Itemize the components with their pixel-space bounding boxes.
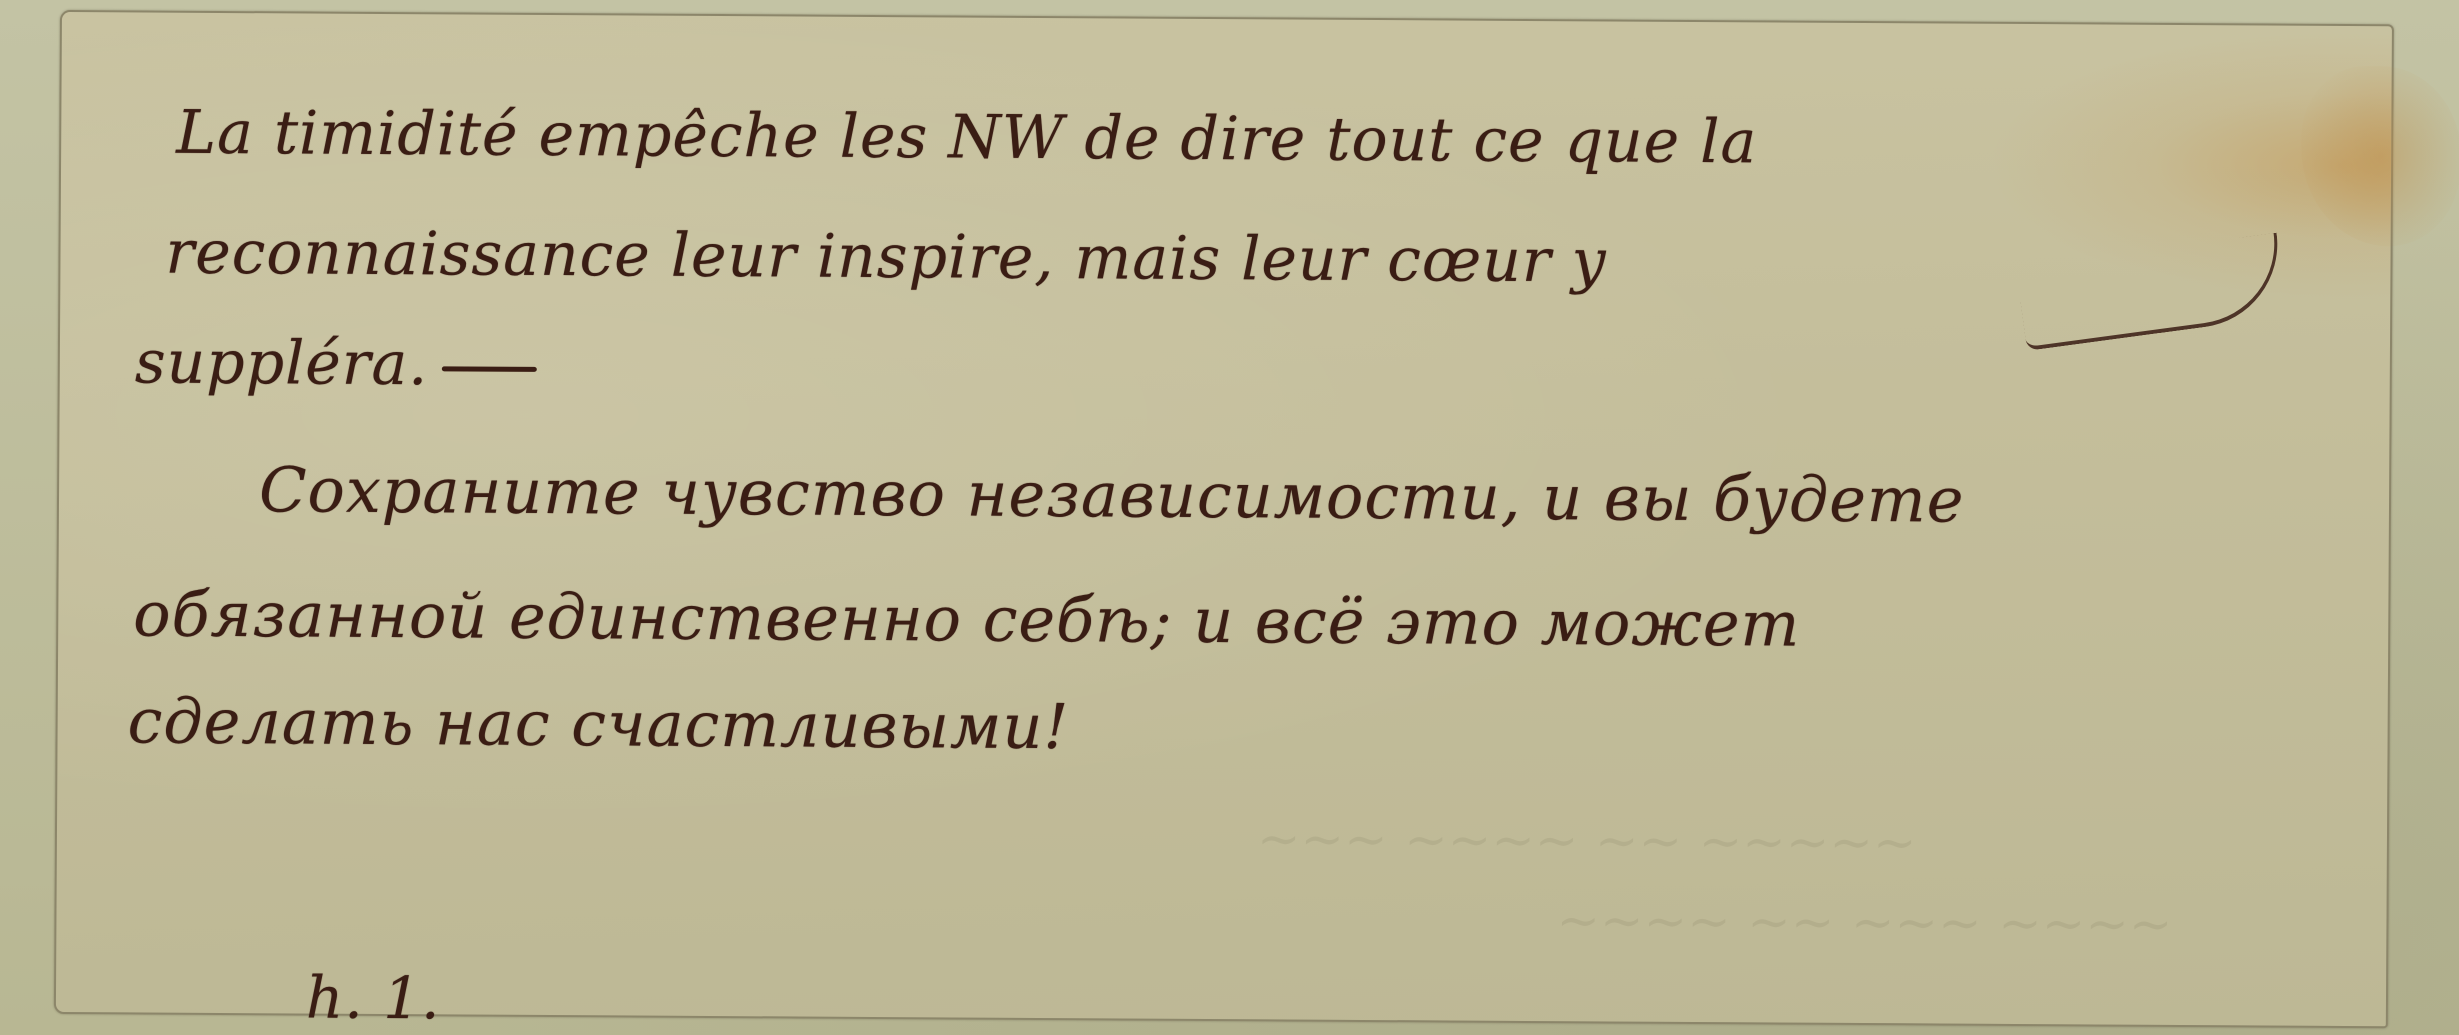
russian-line-1: Сохраните чувство независимости, и вы бу… [259,453,1965,536]
french-line-1: La timidité empêche les NW de dire tout … [176,98,1757,178]
french-line-3-text: suppléra. [135,327,429,399]
manuscript-sheet: La timidité empêche les NW de dire tout … [54,10,2394,1028]
signature-fragment: h. 1. [306,964,441,1033]
dash-separator [442,366,537,372]
bleed-through-text: ~~~ ~~~~ ~~ ~~~~~ [1257,809,1917,873]
russian-line-2: обязанной единственно себѣ; и всё это мо… [133,577,1800,660]
french-line-2: reconnaissance leur inspire, mais leur c… [165,218,1606,297]
bleed-through-text: ~~~~ ~~ ~~~ ~~~~ [1556,891,2172,955]
paper-stain [2301,66,2459,247]
french-line-3: suppléra. [135,327,538,399]
russian-line-3: сделать нас счастливыми! [127,684,1069,763]
y-flourish [2016,233,2288,351]
